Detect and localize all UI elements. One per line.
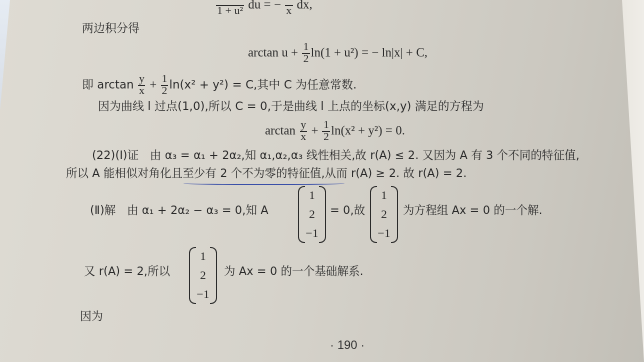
- left-paren: [370, 186, 377, 243]
- fraction-denominator: 2: [161, 86, 169, 97]
- part2-prefix: (Ⅱ)解 由 α₁ + 2α₂ − α₃ = 0,知 A: [90, 204, 268, 218]
- column-vector: 1 2 −1: [370, 186, 398, 243]
- right-paren: [391, 186, 398, 243]
- fraction-denominator: 1 + u²: [216, 6, 244, 17]
- fraction-denominator: 2: [302, 54, 310, 65]
- part2b-prefix: 又 r(A) = 2,所以: [84, 265, 170, 279]
- dx-text: dx,: [297, 0, 313, 11]
- du-text: du = −: [248, 0, 281, 11]
- eq-lhs: arctan: [265, 123, 296, 137]
- plus-sign: +: [311, 123, 318, 137]
- since-text: 因为: [80, 309, 103, 323]
- left-paren: [189, 247, 196, 304]
- right-paren: [319, 186, 326, 243]
- part2-suffix: 为方程组 Ax = 0 的一个解.: [403, 204, 542, 218]
- column-vector: 1 2 −1: [189, 247, 217, 304]
- plus-sign: +: [150, 77, 157, 91]
- equation-1: arctan u + 12ln(1 + u²) = − ln|x| + C,: [248, 42, 428, 65]
- left-paren: [298, 186, 305, 243]
- fraction-denominator: 2: [322, 132, 330, 143]
- eq-prefix: 即 arctan: [82, 77, 134, 91]
- eq-rest: ln(x² + y²) = C,其中 C 为任意常数.: [169, 77, 356, 91]
- integrate-both-sides-text: 两边积分得: [82, 21, 140, 35]
- equation-3: arctan yx + 12ln(x² + y²) = 0.: [265, 120, 405, 143]
- part1-line2: 所以 A 能相似对角化且至少有 2 个不为零的特征值,从而 r(A) ≥ 2. …: [66, 167, 467, 181]
- eq-rest: ln(1 + u²) = − ln|x| + C,: [311, 45, 428, 59]
- fraction-denominator: x: [285, 6, 293, 17]
- eq-rest: ln(x² + y²) = 0.: [331, 123, 405, 137]
- part2b-suffix: 为 Ax = 0 的一个基础解系.: [224, 265, 363, 279]
- top-fragment: 1 + u² du = − x dx,: [215, 0, 312, 17]
- pen-underline-annotation: [183, 181, 345, 185]
- fraction-denominator: x: [300, 132, 308, 143]
- equation-2-line: 即 arctan yx + 12ln(x² + y²) = C,其中 C 为任意…: [82, 74, 357, 97]
- eq-lhs: arctan u +: [248, 45, 298, 59]
- part1-line1: (22)(Ⅰ)证 由 α₃ = α₁ + 2α₂,知 α₁,α₂,α₃ 线性相关…: [92, 149, 579, 163]
- right-paren: [210, 247, 217, 304]
- because-curve-text: 因为曲线 l 过点(1,0),所以 C = 0,于是曲线 l 上点的坐标(x,y…: [98, 99, 484, 113]
- fraction-denominator: x: [138, 86, 146, 97]
- part2-mid: = 0,故: [330, 204, 365, 218]
- column-vector: 1 2 −1: [298, 186, 326, 243]
- page-number: · 190 ·: [330, 338, 365, 352]
